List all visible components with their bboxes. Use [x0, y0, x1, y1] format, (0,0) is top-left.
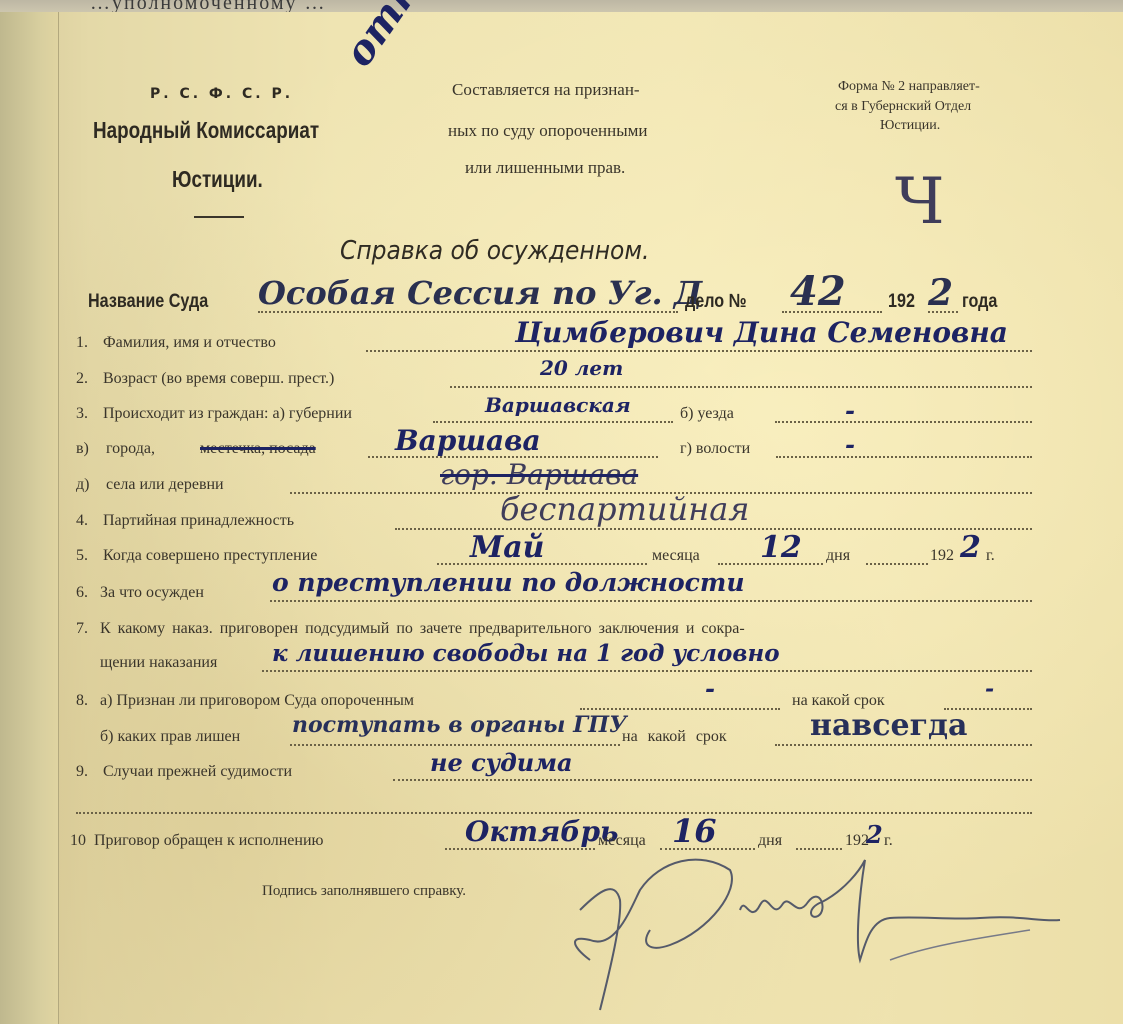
field-v-value: Варшава [395, 424, 541, 457]
field-5-day-label: дня [826, 547, 850, 565]
year-dots [928, 311, 958, 313]
field-8b-term-dots [775, 744, 1032, 746]
field-2-label: Возраст (во время соверш. прест.) [103, 370, 334, 388]
signature-scrawl [560, 850, 1080, 1020]
execution-day-label: дня [758, 832, 782, 850]
field-8b-term-label: на какой срок [622, 728, 727, 746]
field-3-value: Варшавская [485, 393, 631, 417]
field-2-value: 20 лет [540, 356, 623, 380]
case-label: дело № [685, 291, 747, 313]
purpose-line2: ных по суду опороченными [448, 121, 648, 141]
field-5-num: 5. [76, 547, 88, 565]
field-8-num: 8. [76, 692, 88, 710]
blank-line-dots [76, 812, 1032, 814]
field-3b-label: б) уезда [680, 405, 734, 423]
corner-mark: Ч [895, 165, 944, 239]
field-8b-dots [290, 744, 620, 746]
field-8b-term-value: навсегда [810, 708, 967, 743]
field-1-label: Фамилия, имя и отчество [103, 334, 276, 352]
field-5-year-suffix: 2 [960, 530, 981, 565]
ministry-line1: Народный Комиссариат [93, 117, 319, 144]
field-2-dots [450, 386, 1032, 388]
field-1-num: 1. [76, 334, 88, 352]
country-header: Р. С. Ф. С. Р. [150, 86, 293, 102]
field-9-label: Случаи прежней судимости [103, 763, 292, 781]
field-9-num: 9. [76, 763, 88, 781]
case-number: 42 [790, 268, 846, 315]
field-7-num: 7. [76, 620, 88, 638]
field-8a-label: а) Признан ли приговором Суда опороченны… [100, 692, 414, 710]
field-4-num: 4. [76, 512, 88, 530]
field-5-month-label: месяца [652, 547, 700, 565]
field-v-label: города, [106, 440, 155, 458]
field-1-dots [366, 350, 1032, 352]
execution-month-value: Октябрь [465, 815, 619, 848]
document-title: Справка об осужденном. [340, 236, 649, 266]
field-7-label: К какому наказ. приговорен подсудимый по… [100, 620, 745, 638]
field-5-year-prefix: 192 [930, 547, 954, 565]
field-5-month-value: Май [470, 530, 544, 565]
field-v-num: в) [76, 440, 89, 458]
field-8a-dots [580, 708, 780, 710]
field-8b-label: б) каких прав лишен [100, 728, 240, 746]
field-7-dots [262, 670, 1032, 672]
field-6-value: о преступлении по должности [272, 568, 745, 597]
court-year-suffix: 2 [928, 272, 953, 314]
field-4-value: беспартийная [500, 490, 749, 528]
field-5-year-dots [866, 563, 928, 565]
field-7-value: к лишению свободы на 1 год условно [272, 640, 780, 667]
field-4-label: Партийная принадлежность [103, 512, 294, 530]
field-3b-dots [775, 421, 1032, 423]
field-8a-value: - [705, 674, 715, 703]
field-g-value: - [845, 430, 855, 459]
execution-year-suffix: 2 [866, 820, 883, 849]
field-d-value-struck: гор. Варшава [440, 458, 638, 491]
field-2-num: 2. [76, 370, 88, 388]
form-note-line3: Юстиции. [880, 118, 940, 134]
field-5-day-value: 12 [760, 530, 802, 565]
field-3-dots [433, 421, 673, 423]
ministry-line2: Юстиции. [172, 166, 263, 193]
field-8b-value: поступать в органы ГПУ [292, 712, 627, 738]
execution-label: Приговор обращен к исполнению [94, 832, 323, 850]
field-3b-value: - [845, 396, 855, 425]
court-label: Название Суда [88, 291, 208, 313]
field-9-value: не судима [430, 748, 573, 777]
field-g-dots [776, 456, 1032, 458]
left-fold [0, 12, 59, 1024]
execution-year-label: г. [884, 832, 893, 850]
field-6-dots [270, 600, 1032, 602]
field-5-label: Когда совершено преступление [103, 547, 317, 565]
field-5-year-label: г. [986, 547, 995, 565]
field-7-label2: щении наказания [100, 654, 217, 672]
field-3-label: Происходит из граждан: а) губернии [103, 405, 352, 423]
court-value: Особая Сессия по Уг. Д [258, 274, 702, 312]
field-1-value: Цимберович Дина Семеновна [515, 316, 1008, 349]
field-d-label: села или деревни [106, 476, 224, 494]
form-note-line2: ся в Губернский Отдел [835, 99, 971, 115]
court-year-prefix: 192 [888, 291, 915, 313]
field-9-dots [393, 779, 1032, 781]
field-3-num: 3. [76, 405, 88, 423]
court-year-label: года [962, 291, 997, 313]
field-g-label: г) волости [680, 440, 750, 458]
execution-num: 10 [70, 832, 86, 850]
field-6-label: За что осужден [100, 584, 204, 602]
field-6-num: 6. [76, 584, 88, 602]
execution-month-label: месяца [598, 832, 646, 850]
signature-value: Игнатов [600, 990, 604, 991]
purpose-line3: или лишенными прав. [465, 158, 625, 178]
header-rule [194, 216, 244, 218]
field-d-num: д) [76, 476, 89, 494]
purpose-line1: Составляется на признан- [452, 80, 640, 100]
field-8a-term-value: - [985, 676, 994, 702]
field-v-struck-text: местечка, посада [200, 440, 316, 458]
signature-label: Подпись заполнявшего справку. [262, 883, 466, 900]
form-note-line1: Форма № 2 направляет- [838, 79, 980, 95]
execution-day-value: 16 [672, 812, 717, 850]
